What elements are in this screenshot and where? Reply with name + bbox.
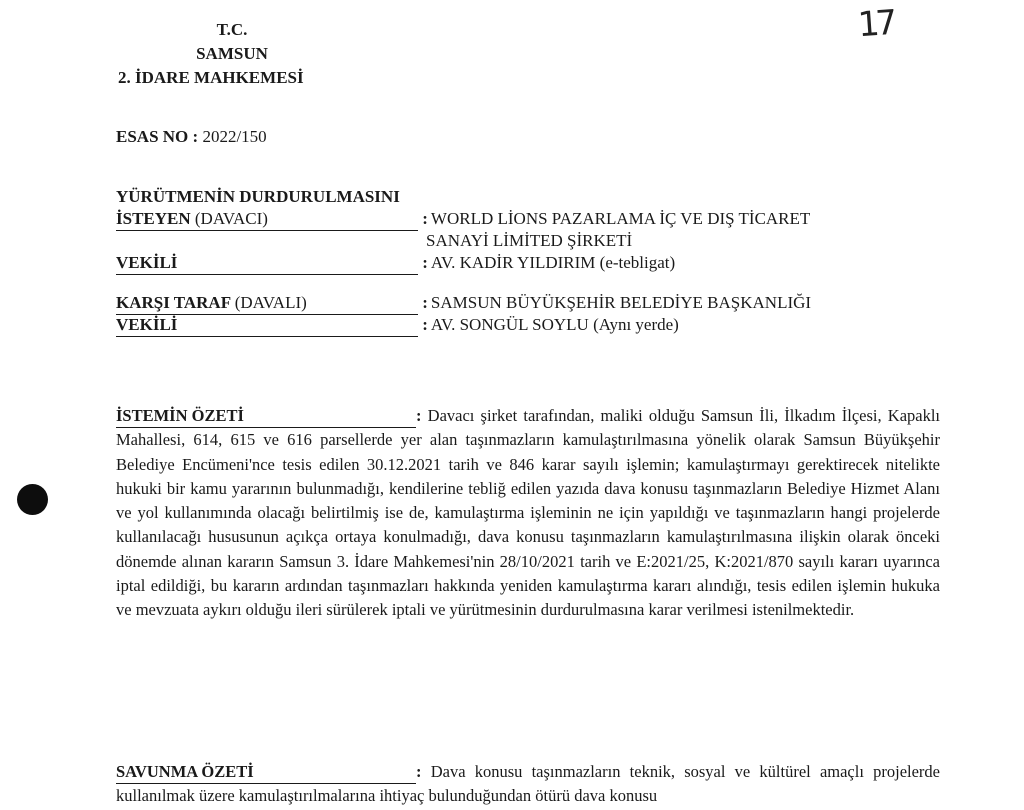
defendant-attorney-row: VEKİLİ :AV. SONGÜL SOYLU (Aynı yerde) [116, 314, 916, 336]
plaintiff-attorney-row: VEKİLİ :AV. KADİR YILDIRIM (e-tebligat) [116, 252, 916, 274]
defendant-attorney-label: VEKİLİ [116, 314, 418, 336]
defendant-name: SAMSUN BÜYÜKŞEHİR BELEDİYE BAŞKANLIĞI [431, 293, 811, 312]
plaintiff-row: İSTEYEN (DAVACI) :WORLD LİONS PAZARLAMA … [116, 208, 916, 230]
defendant-label-paren: (DAVALI) [235, 293, 307, 312]
defendant-label: KARŞI TARAF (DAVALI) [116, 292, 418, 314]
colon: : [422, 253, 428, 272]
defendant-attorney-value: :AV. SONGÜL SOYLU (Aynı yerde) [422, 314, 679, 336]
plaintiff-name-line2: SANAYİ LİMİTED ŞİRKETİ [116, 231, 632, 250]
claim-summary-heading: İSTEMİN ÖZETİ [116, 404, 416, 428]
colon: : [416, 406, 422, 425]
plaintiff-value: :WORLD LİONS PAZARLAMA İÇ VE DIŞ TİCARET [422, 208, 810, 230]
handwritten-page-number: 17 [857, 3, 895, 45]
plaintiff-attorney-value: :AV. KADİR YILDIRIM (e-tebligat) [422, 252, 675, 274]
plaintiff-name-line1: WORLD LİONS PAZARLAMA İÇ VE DIŞ TİCARET [431, 209, 810, 228]
colon: : [416, 762, 422, 781]
defense-summary-section: SAVUNMA ÖZETİ: Dava konusu taşınmazların… [116, 760, 940, 809]
colon: : [422, 315, 428, 334]
court-header: T.C. SAMSUN 2. İDARE MAHKEMESİ [112, 18, 352, 90]
colon: : [422, 209, 428, 228]
esas-label: ESAS NO : [116, 127, 198, 146]
esas-value: 2022/150 [202, 127, 266, 146]
parties-intro-row: YÜRÜTMENİN DURDURULMASINI [116, 186, 916, 208]
claim-summary-section: İSTEMİN ÖZETİ: Davacı şirket tarafından,… [116, 404, 940, 623]
punch-hole-mark [17, 484, 48, 515]
court-name: 2. İDARE MAHKEMESİ [112, 66, 352, 90]
defendant-label-text: KARŞI TARAF [116, 293, 230, 312]
parties-block: YÜRÜTMENİN DURDURULMASINI İSTEYEN (DAVAC… [116, 186, 916, 336]
plaintiff-row-cont: SANAYİ LİMİTED ŞİRKETİ [116, 230, 916, 252]
defendant-value: :SAMSUN BÜYÜKŞEHİR BELEDİYE BAŞKANLIĞI [422, 292, 811, 314]
claim-summary-text: Davacı şirket tarafından, maliki olduğu … [116, 406, 940, 619]
colon: : [422, 293, 428, 312]
defendant-row: KARŞI TARAF (DAVALI) :SAMSUN BÜYÜKŞEHİR … [116, 292, 916, 314]
plaintiff-label-paren: (DAVACI) [195, 209, 268, 228]
document-page: T.C. SAMSUN 2. İDARE MAHKEMESİ 17 ESAS N… [0, 0, 1024, 810]
plaintiff-label: İSTEYEN (DAVACI) [116, 208, 418, 230]
parties-intro: YÜRÜTMENİN DURDURULMASINI [116, 186, 400, 208]
case-number: ESAS NO : 2022/150 [116, 127, 267, 147]
city-line: SAMSUN [112, 42, 352, 66]
country-line: T.C. [112, 18, 352, 42]
plaintiff-label-text: İSTEYEN [116, 209, 191, 228]
defense-summary-heading: SAVUNMA ÖZETİ [116, 760, 416, 784]
plaintiff-attorney-name: AV. KADİR YILDIRIM (e-tebligat) [431, 253, 675, 272]
plaintiff-attorney-label: VEKİLİ [116, 252, 418, 274]
defendant-attorney-name: AV. SONGÜL SOYLU (Aynı yerde) [431, 315, 679, 334]
